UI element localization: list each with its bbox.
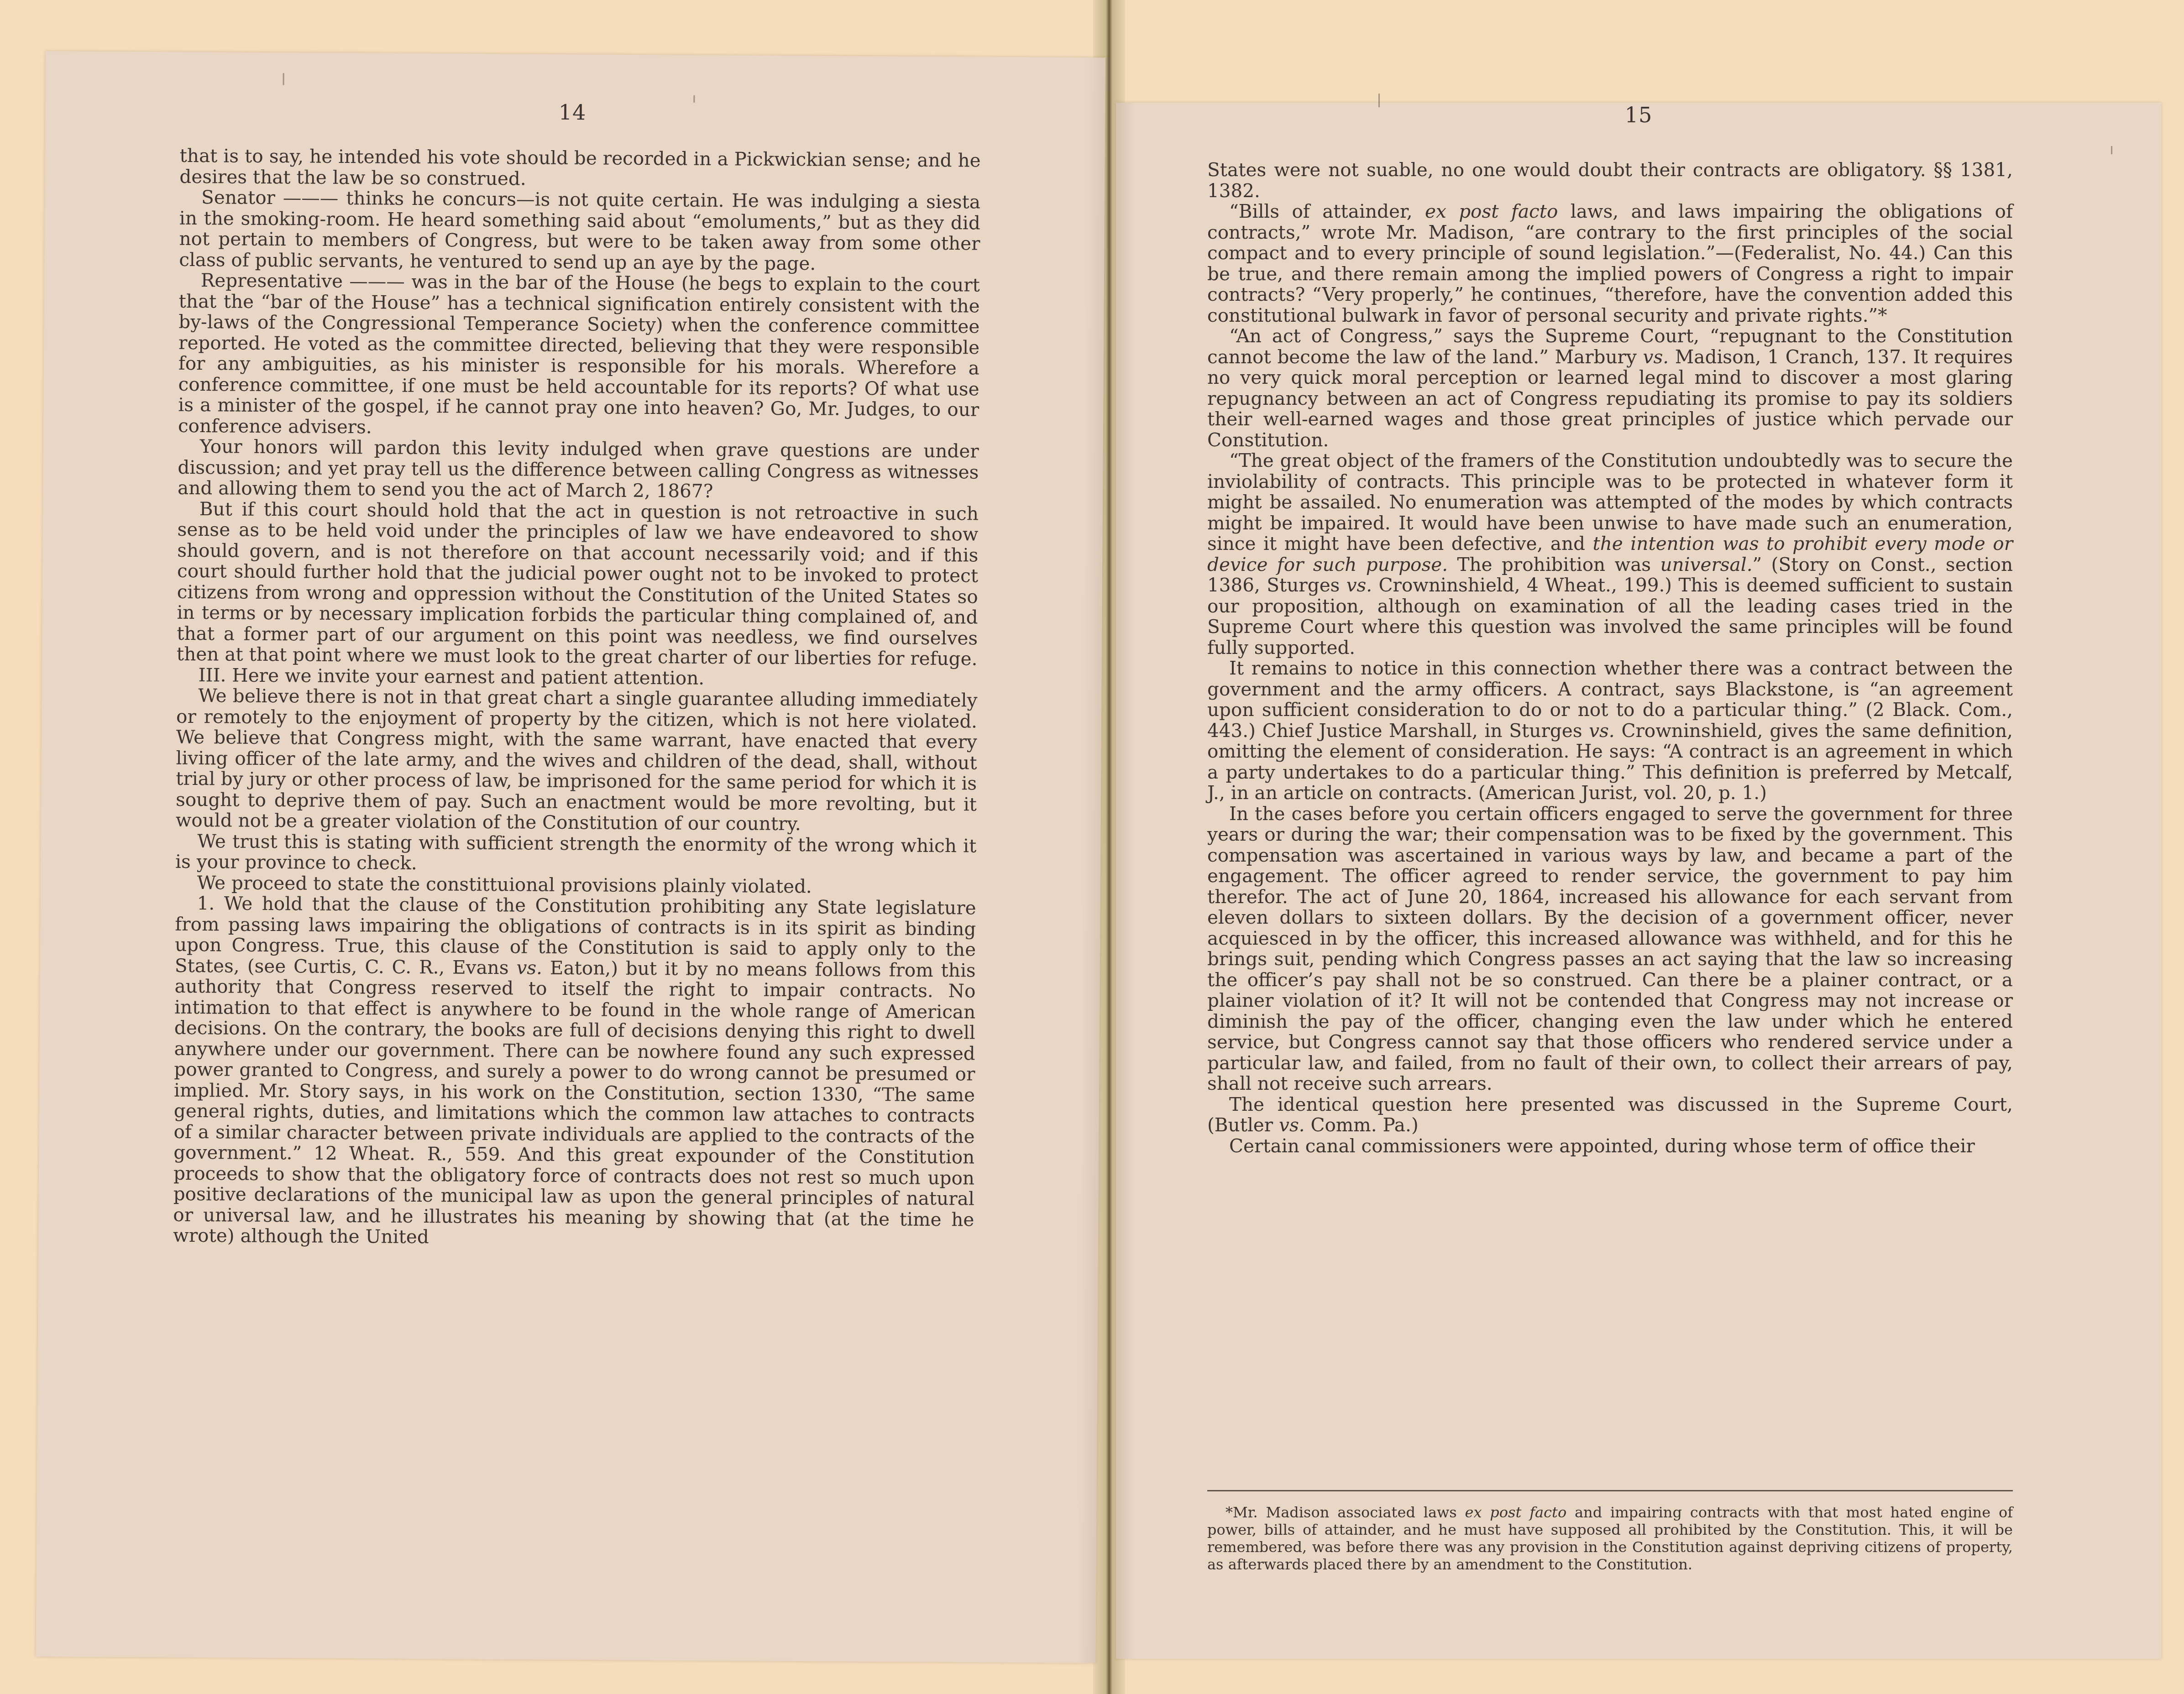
text-run: The prohibition was bbox=[1448, 554, 1660, 575]
body-text: that is to say, he intended his vote sho… bbox=[173, 146, 981, 1251]
italic-text: ex post facto bbox=[1425, 200, 1558, 222]
left-page: 14 that is to say, he intended his vote … bbox=[36, 51, 1105, 1663]
paragraph: But if this court should hold that the a… bbox=[177, 498, 979, 669]
text-run: Senator ——— thinks he concurs—is not qui… bbox=[179, 186, 980, 274]
text-run: “Bills of attainder, bbox=[1229, 200, 1425, 222]
text-run: Representative ——— was in the bar of the… bbox=[178, 269, 980, 438]
gutter-shadow bbox=[1116, 103, 1134, 1659]
text-run: Eaton,) but it by no means follows from … bbox=[173, 957, 976, 1248]
page-number: 15 bbox=[1116, 103, 2161, 127]
footnote-divider bbox=[1207, 1490, 2013, 1491]
italic-text: universal. bbox=[1660, 554, 1752, 575]
body-text: States were not suable, no one would dou… bbox=[1207, 160, 2013, 1156]
text-run: Comm. Pa.) bbox=[1305, 1114, 1419, 1136]
paragraph: that is to say, he intended his vote sho… bbox=[179, 146, 981, 192]
italic-text: ex post facto bbox=[1465, 1504, 1567, 1521]
page-number: 14 bbox=[40, 97, 1105, 128]
right-page: 15 States were not suable, no one would … bbox=[1116, 103, 2161, 1659]
text-run: But if this court should hold that the a… bbox=[177, 498, 979, 670]
italic-text: vs. bbox=[1589, 720, 1615, 742]
paragraph: Your honors will pardon this levity indu… bbox=[178, 436, 979, 503]
text-run: that is to say, he intended his vote sho… bbox=[179, 145, 981, 189]
text-run: *Mr. Madison associated laws bbox=[1226, 1504, 1465, 1521]
paragraph: We believe there is not in that great ch… bbox=[176, 685, 978, 836]
paragraph: It remains to notice in this connection … bbox=[1207, 658, 2013, 804]
paragraph: *Mr. Madison associated laws ex post fac… bbox=[1207, 1504, 2013, 1573]
paragraph: “An act of Congress,” says the Supreme C… bbox=[1207, 326, 2013, 450]
text-run: States were not suable, no one would dou… bbox=[1207, 159, 2013, 202]
paragraph: We trust this is stating with sufficient… bbox=[175, 831, 977, 877]
text-run: We trust this is stating with sufficient… bbox=[175, 830, 977, 874]
paper-speck bbox=[283, 73, 284, 85]
italic-text: vs. bbox=[1643, 346, 1669, 368]
text-run: In the cases before you certain officers… bbox=[1207, 803, 2013, 1095]
italic-text: vs. bbox=[1279, 1114, 1305, 1136]
text-run: Your honors will pardon this levity indu… bbox=[178, 435, 979, 502]
italic-text: vs. bbox=[516, 957, 542, 978]
paragraph: 1. We hold that the clause of the Consti… bbox=[173, 893, 976, 1251]
paragraph: Senator ——— thinks he concurs—is not qui… bbox=[179, 187, 980, 275]
paragraph: Certain canal commissioners were appoint… bbox=[1207, 1136, 2013, 1157]
paper-speck bbox=[1378, 94, 1380, 107]
footnote: *Mr. Madison associated laws ex post fac… bbox=[1207, 1504, 2013, 1573]
paragraph: “Bills of attainder, ex post facto laws,… bbox=[1207, 201, 2013, 326]
text-run: We believe there is not in that great ch… bbox=[176, 685, 978, 835]
text-run: Certain canal commissioners were appoint… bbox=[1229, 1135, 1975, 1157]
paper-speck bbox=[2111, 146, 2112, 154]
paragraph: The identical question here presented wa… bbox=[1207, 1094, 2013, 1136]
paragraph: Representative ——— was in the bar of the… bbox=[178, 270, 980, 441]
paragraph: In the cases before you certain officers… bbox=[1207, 804, 2013, 1094]
paragraph: “The great object of the framers of the … bbox=[1207, 450, 2013, 658]
paper-speck bbox=[693, 95, 695, 103]
paragraph: States were not suable, no one would dou… bbox=[1207, 160, 2013, 201]
italic-text: vs. bbox=[1346, 574, 1372, 596]
